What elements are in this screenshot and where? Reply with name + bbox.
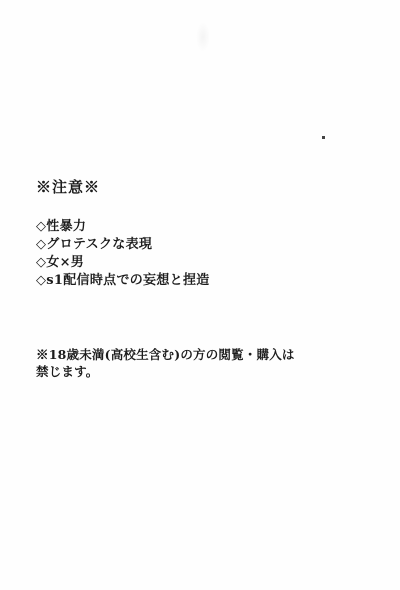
warning-item: ◇グロテスクな表現 <box>36 236 210 254</box>
notice-line: 禁じます。 <box>36 363 296 380</box>
warning-item: ◇s1配信時点での妄想と捏造 <box>36 272 210 290</box>
document-page: ※注意※ ◇性暴力 ◇グロテスクな表現 ◇女×男 ◇s1配信時点での妄想と捏造 … <box>0 0 400 590</box>
caution-heading: ※注意※ <box>36 178 100 196</box>
warning-item: ◇女×男 <box>36 254 210 272</box>
warning-item: ◇性暴力 <box>36 218 210 236</box>
scan-bleed-mark <box>196 22 210 52</box>
content-warning-list: ◇性暴力 ◇グロテスクな表現 ◇女×男 ◇s1配信時点での妄想と捏造 <box>36 218 210 290</box>
notice-line: ※18歳未満(高校生含む)の方の閲覧・購入は <box>36 346 296 363</box>
scan-speck <box>322 136 325 139</box>
age-restriction-notice: ※18歳未満(高校生含む)の方の閲覧・購入は 禁じます。 <box>36 346 296 380</box>
